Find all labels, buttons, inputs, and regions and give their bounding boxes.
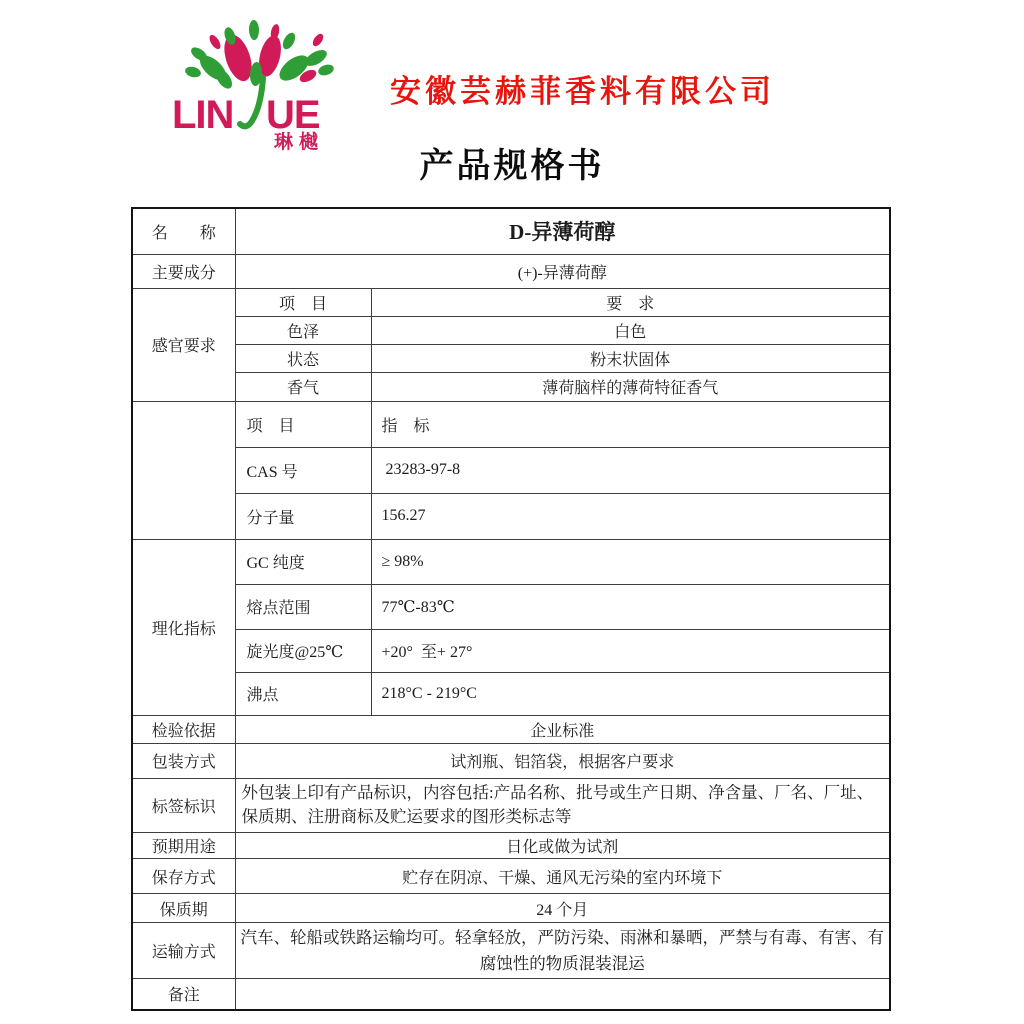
row-physchem-3: 沸点 218°C - 219°C [132, 672, 890, 715]
document-page: LIN UE 琳樾 安徽芸赫菲香料有限公司 产品规格书 名 称 D-异薄荷醇 主… [0, 0, 1024, 1024]
row-label: 备注 [132, 979, 235, 1010]
row-sensory-1: 色泽 白色 [132, 316, 890, 344]
sensory-item: 色泽 [235, 316, 371, 344]
group-label-identity [132, 401, 235, 539]
row-label: 检验依据 [132, 715, 235, 743]
row-physchem-0: 理化指标 GC 纯度 ≥ 98% [132, 539, 890, 584]
row-label: 预期用途 [132, 833, 235, 859]
row-transport: 运输方式 汽车、轮船或铁路运输均可。轻拿轻放，严防污染、雨淋和暴晒，严禁与有毒、… [132, 923, 890, 979]
logo-word-right: UE [266, 93, 320, 137]
row-value: 外包装上印有产品标识，内容包括:产品名称、批号或生产日期、净含量、厂名、厂址、保… [235, 778, 890, 833]
identity-value: 23283-97-8 [371, 447, 890, 493]
main-component-value: (+)-异薄荷醇 [235, 254, 890, 288]
row-remarks: 备注 [132, 979, 890, 1010]
physchem-item: 旋光度@25℃ [235, 629, 371, 672]
row-label: 包装方式 [132, 743, 235, 778]
physchem-item: 熔点范围 [235, 584, 371, 629]
sensory-item: 项 目 [235, 288, 371, 316]
row-value: 贮存在阴凉、干燥、通风无污染的室内环境下 [235, 859, 890, 894]
row-inspection-basis: 检验依据 企业标准 [132, 715, 890, 743]
physchem-value: ≥ 98% [371, 539, 890, 584]
physchem-value: +20° 至+ 27° [371, 629, 890, 672]
spec-table: 名 称 D-异薄荷醇 主要成分 (+)-异薄荷醇 感官要求 项 目 要 求 色泽… [131, 207, 891, 1011]
row-packaging: 包装方式 试剂瓶、铝箔袋，根据客户要求 [132, 743, 890, 778]
company-name: 安徽芸赫菲香料有限公司 [390, 66, 775, 111]
name-value: D-异薄荷醇 [235, 208, 890, 254]
row-sensory-3: 香气 薄荷脑样的薄荷特征香气 [132, 372, 890, 401]
group-label-sensory: 感官要求 [132, 288, 235, 401]
row-shelf-life: 保质期 24 个月 [132, 894, 890, 923]
row-sensory-2: 状态 粉末状固体 [132, 344, 890, 372]
sensory-value: 白色 [371, 316, 890, 344]
physchem-value: 77℃-83℃ [371, 584, 890, 629]
row-label: 标签标识 [132, 778, 235, 833]
row-main-component: 主要成分 (+)-异薄荷醇 [132, 254, 890, 288]
logo-trunk-swash-icon [240, 78, 263, 126]
row-identity-1: CAS 号 23283-97-8 [132, 447, 890, 493]
row-storage: 保存方式 贮存在阴凉、干燥、通风无污染的室内环境下 [132, 859, 890, 894]
row-value: 日化或做为试剂 [235, 833, 890, 859]
row-value: 24 个月 [235, 894, 890, 923]
row-physchem-1: 熔点范围 77℃-83℃ [132, 584, 890, 629]
row-identity-0: 项 目 指 标 [132, 401, 890, 447]
row-labeling: 标签标识 外包装上印有产品标识，内容包括:产品名称、批号或生产日期、净含量、厂名… [132, 778, 890, 833]
row-physchem-2: 旋光度@25℃ +20° 至+ 27° [132, 629, 890, 672]
physchem-value: 218°C - 219°C [371, 672, 890, 715]
row-label: 运输方式 [132, 923, 235, 979]
sensory-value: 要 求 [371, 288, 890, 316]
row-label: 名 称 [132, 208, 235, 254]
row-label: 保质期 [132, 894, 235, 923]
logo-leaves-icon [184, 20, 335, 92]
row-value: 企业标准 [235, 715, 890, 743]
group-label-physchem: 理化指标 [132, 539, 235, 715]
row-label: 保存方式 [132, 859, 235, 894]
row-identity-2: 分子量 156.27 [132, 493, 890, 539]
identity-item: CAS 号 [235, 447, 371, 493]
identity-value: 156.27 [371, 493, 890, 539]
sensory-item: 状态 [235, 344, 371, 372]
physchem-item: 沸点 [235, 672, 371, 715]
row-value: 试剂瓶、铝箔袋，根据客户要求 [235, 743, 890, 778]
sensory-value: 粉末状固体 [371, 344, 890, 372]
linxue-logo-graphic: LIN UE 琳樾 [166, 16, 354, 152]
row-name: 名 称 D-异薄荷醇 [132, 208, 890, 254]
identity-value: 指 标 [371, 401, 890, 447]
row-value [235, 979, 890, 1010]
row-intended-use: 预期用途 日化或做为试剂 [132, 833, 890, 859]
sensory-item: 香气 [235, 372, 371, 401]
physchem-item: GC 纯度 [235, 539, 371, 584]
page-title: 产品规格书 [0, 138, 1024, 187]
identity-item: 项 目 [235, 401, 371, 447]
logo-word-left: LIN [172, 93, 233, 137]
row-label: 主要成分 [132, 254, 235, 288]
sensory-value: 薄荷脑样的薄荷特征香气 [371, 372, 890, 401]
identity-item: 分子量 [235, 493, 371, 539]
linxue-logo: LIN UE 琳樾 [166, 16, 354, 152]
row-sensory-0: 感官要求 项 目 要 求 [132, 288, 890, 316]
row-value: 汽车、轮船或铁路运输均可。轻拿轻放，严防污染、雨淋和暴晒，严禁与有毒、有害、有腐… [235, 923, 890, 979]
